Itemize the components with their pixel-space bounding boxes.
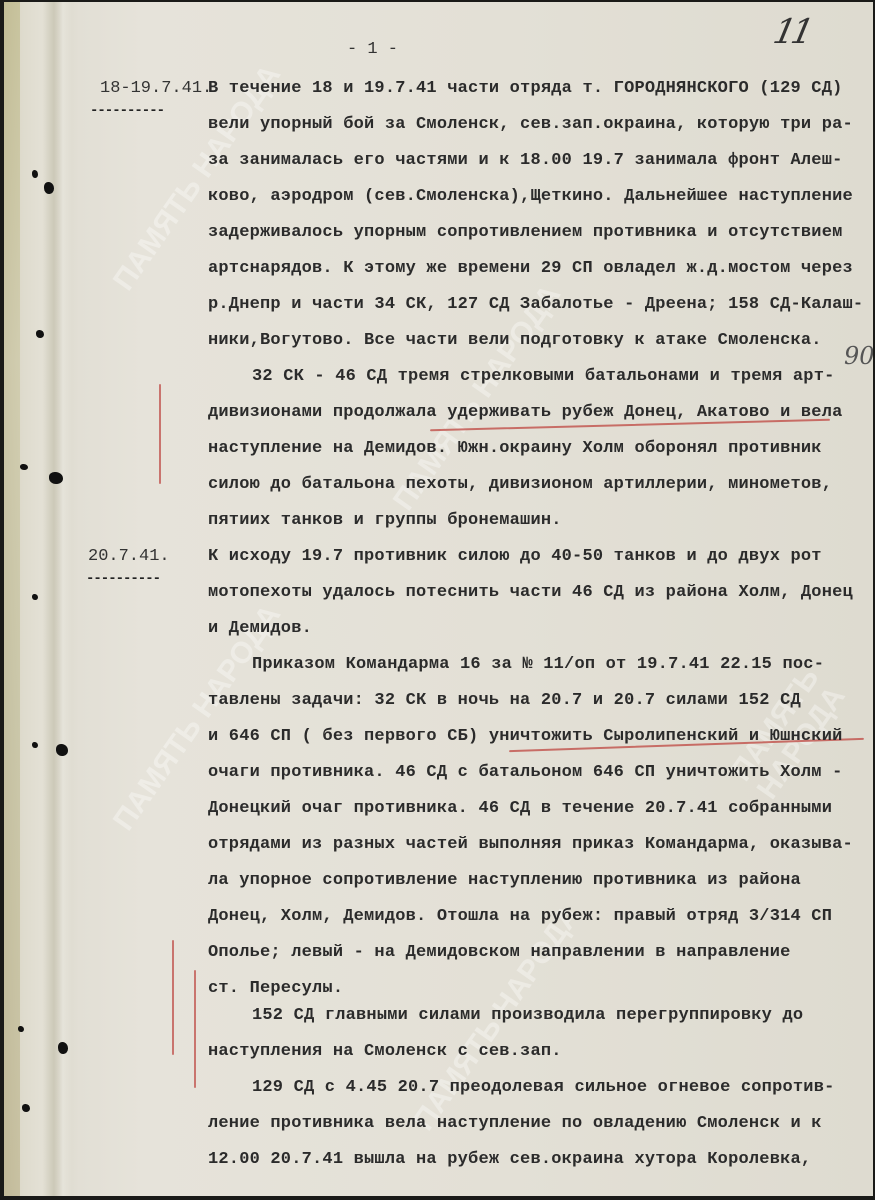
red-pencil-mark: [194, 970, 196, 1088]
date-underline: ----------: [86, 571, 160, 587]
text-line: вели упорный бой за Смоленск, сев.зап.ок…: [208, 115, 853, 134]
archive-sheet-number: 11: [770, 12, 814, 52]
text-line: К исходу 19.7 противник силою до 40-50 т…: [208, 547, 822, 566]
text-line: наступление на Демидов. Южн.окраину Холм…: [208, 439, 822, 458]
entry-date: 20.7.41.: [88, 547, 170, 566]
entry-date: 18-19.7.41.: [100, 79, 212, 98]
red-pencil-mark: [172, 940, 174, 1055]
text-line: за занималась его частями и к 18.00 19.7…: [208, 151, 843, 170]
text-line: тавлены задачи: 32 СК в ночь на 20.7 и 2…: [208, 691, 801, 710]
red-pencil-mark: [159, 384, 161, 484]
punch-hole: [32, 594, 38, 600]
text-line: пятиих танков и группы бронемашин.: [208, 511, 562, 530]
text-line: Ополье; левый - на Демидовском направлен…: [208, 943, 791, 962]
punch-hole: [22, 1104, 30, 1112]
text-line: и Демидов.: [208, 619, 312, 638]
text-line: наступления на Смоленск с сев.зап.: [208, 1042, 562, 1061]
punch-hole: [36, 330, 44, 338]
text-line: ники,Вогутово. Все части вели подготовку…: [208, 331, 822, 350]
text-line: артснарядов. К этому же времени 29 СП ов…: [208, 259, 853, 278]
page-number: - 1 -: [347, 40, 398, 59]
punch-hole: [20, 464, 28, 470]
text-line: очаги противника. 46 СД с батальоном 646…: [208, 763, 843, 782]
text-line: Донецкий очаг противника. 46 СД в течени…: [208, 799, 832, 818]
paper-stain: [4, 2, 20, 1196]
text-line: и 646 СП ( без первого СБ) уничтожить Сы…: [208, 727, 843, 746]
document-page: ПАМЯТЬ НАРОДА ПАМЯТЬ НАРОДА ПАМЯТЬ НАРОД…: [4, 2, 873, 1196]
text-line: В течение 18 и 19.7.41 части отряда т. Г…: [208, 79, 843, 98]
punch-hole: [44, 182, 54, 194]
text-line: Приказом Командарма 16 за № 11/оп от 19.…: [252, 655, 824, 674]
text-line: отрядами из разных частей выполняя прика…: [208, 835, 853, 854]
text-line: р.Днепр и части 34 СК, 127 СД Забалотье …: [208, 295, 863, 314]
text-line: Донец, Холм, Демидов. Отошла на рубеж: п…: [208, 907, 832, 926]
text-line: ление противника вела наступление по овл…: [208, 1114, 822, 1133]
text-line: ково, аэродром (сев.Смоленска),Щеткино. …: [208, 187, 853, 206]
text-line: 12.00 20.7.41 вышла на рубеж сев.окраина…: [208, 1150, 811, 1169]
margin-handwritten-note: 90: [844, 342, 873, 370]
text-line: ла упорное сопротивление наступлению про…: [208, 871, 801, 890]
text-line: 129 СД с 4.45 20.7 преодолевая сильное о…: [252, 1078, 835, 1097]
text-line: силою до батальона пехоты, дивизионом ар…: [208, 475, 832, 494]
text-line: ст. Пересулы.: [208, 979, 343, 998]
punch-hole: [58, 1042, 68, 1054]
punch-hole: [18, 1026, 24, 1032]
punch-hole: [32, 170, 38, 178]
punch-hole: [32, 742, 38, 748]
text-line: 152 СД главными силами производила перег…: [252, 1006, 803, 1025]
date-underline: ----------: [90, 103, 164, 119]
text-line: задерживалось упорным сопротивлением про…: [208, 223, 843, 242]
text-line: 32 СК - 46 СД тремя стрелковыми батальон…: [252, 367, 835, 386]
text-line: мотопехоты удалось потеснить части 46 СД…: [208, 583, 853, 602]
text-line: дивизионами продолжала удерживать рубеж …: [208, 403, 843, 422]
punch-hole: [56, 744, 68, 756]
punch-hole: [49, 472, 63, 484]
